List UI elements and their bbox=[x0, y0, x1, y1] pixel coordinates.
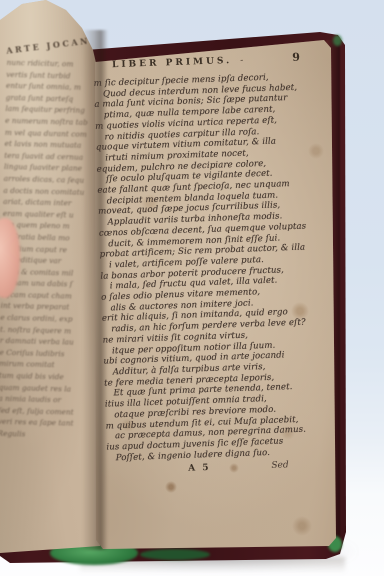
left-page-running-title: ARTE JOCAND bbox=[6, 34, 100, 55]
photo-scene: ARTE JOCAND nunc ridicitur, omvertis ſun… bbox=[0, 0, 384, 576]
catchword: Sed bbox=[271, 461, 289, 472]
header-mark: - bbox=[240, 56, 243, 66]
marbled-edge bbox=[140, 549, 210, 560]
verse-lines: m ſic decipitur ſpecie mens ipſa decori,… bbox=[89, 70, 350, 464]
running-title: LIBER PRIMUS. bbox=[112, 56, 232, 70]
page-number: 9 bbox=[292, 51, 300, 64]
signature-mark: A 5 bbox=[188, 463, 211, 474]
left-page-line: Regulis bbox=[0, 428, 94, 442]
page-content: LIBER PRIMUS. - 9 m ſic decipitur ſpecie… bbox=[88, 49, 351, 481]
marbled-edge bbox=[333, 35, 342, 46]
